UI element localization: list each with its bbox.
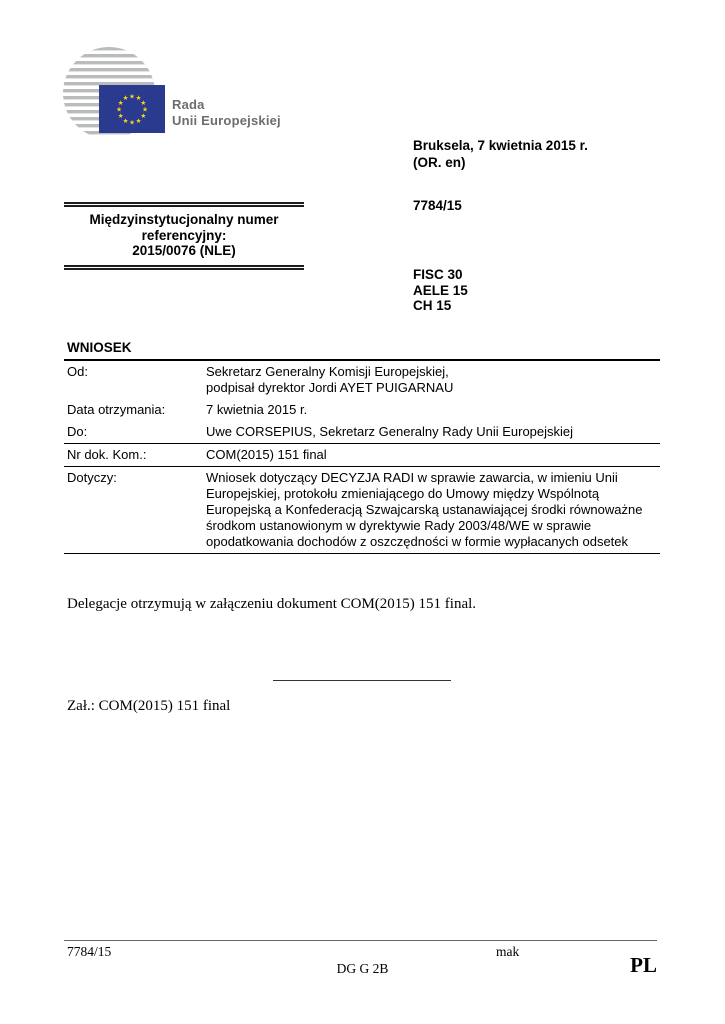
separator-rule [273, 680, 451, 681]
footer-language-code: PL [630, 953, 657, 978]
org-name: Rada Unii Europejskiej [172, 97, 281, 129]
subject-codes: FISC 30 AELE 15 CH 15 [413, 267, 673, 314]
row-label: Od: [64, 364, 206, 396]
subject-code: CH 15 [413, 298, 673, 314]
delegations-note: Delegacje otrzymują w załączeniu dokumen… [67, 596, 476, 613]
row-value: Sekretarz Generalny Komisji Europejskiej… [206, 364, 660, 396]
row-value: 7 kwietnia 2015 r. [206, 402, 660, 418]
footer-initials: mak [496, 944, 519, 960]
document-page: ★ ★ ★ ★ ★ ★ ★ ★ ★ ★ ★ ★ Rada Unii Europe… [0, 0, 725, 1024]
svg-text:★: ★ [129, 119, 135, 127]
row-label: Nr dok. Kom.: [64, 447, 206, 463]
interinstitutional-reference-box: Międzyinstytucjonalny numer referencyjny… [64, 202, 304, 270]
document-number: 7784/15 [413, 197, 673, 214]
reference-number: 2015/0076 (NLE) [66, 243, 302, 259]
row-label: Dotyczy: [64, 470, 206, 550]
table-row-date-received: Data otrzymania: 7 kwietnia 2015 r. [64, 399, 660, 421]
svg-text:★: ★ [129, 93, 135, 101]
subject-code: AELE 15 [413, 283, 673, 299]
org-name-line1: Rada [172, 97, 281, 113]
row-value: COM(2015) 151 final [206, 447, 660, 463]
attachment-note: Zał.: COM(2015) 151 final [67, 698, 230, 715]
reference-label: Międzyinstytucjonalny numer referencyjny… [66, 212, 302, 243]
svg-text:★: ★ [136, 117, 142, 125]
proposal-title: WNIOSEK [64, 340, 660, 361]
table-row-commission-doc-number: Nr dok. Kom.: COM(2015) 151 final [64, 444, 660, 467]
council-logo: ★ ★ ★ ★ ★ ★ ★ ★ ★ ★ ★ ★ [63, 45, 183, 141]
header-right: Bruksela, 7 kwietnia 2015 r. (OR. en) 77… [413, 137, 673, 314]
table-row-from: Od: Sekretarz Generalny Komisji Europejs… [64, 361, 660, 399]
row-label: Do: [64, 424, 206, 440]
table-row-to: Do: Uwe CORSEPIUS, Sekretarz Generalny R… [64, 421, 660, 444]
row-value: Uwe CORSEPIUS, Sekretarz Generalny Rady … [206, 424, 660, 440]
footer-department: DG G 2B [0, 961, 725, 977]
proposal-table: WNIOSEK Od: Sekretarz Generalny Komisji … [64, 340, 660, 554]
org-name-line2: Unii Europejskiej [172, 113, 281, 129]
row-label: Data otrzymania: [64, 402, 206, 418]
footer-rule [64, 940, 657, 941]
place-and-date: Bruksela, 7 kwietnia 2015 r. [413, 137, 673, 154]
table-row-subject: Dotyczy: Wniosek dotyczący DECYZJA RADI … [64, 467, 660, 554]
svg-text:★: ★ [123, 94, 129, 102]
footer-document-number: 7784/15 [67, 944, 111, 960]
original-language: (OR. en) [413, 154, 673, 171]
row-value: Wniosek dotyczący DECYZJA RADI w sprawie… [206, 470, 660, 550]
subject-code: FISC 30 [413, 267, 673, 283]
